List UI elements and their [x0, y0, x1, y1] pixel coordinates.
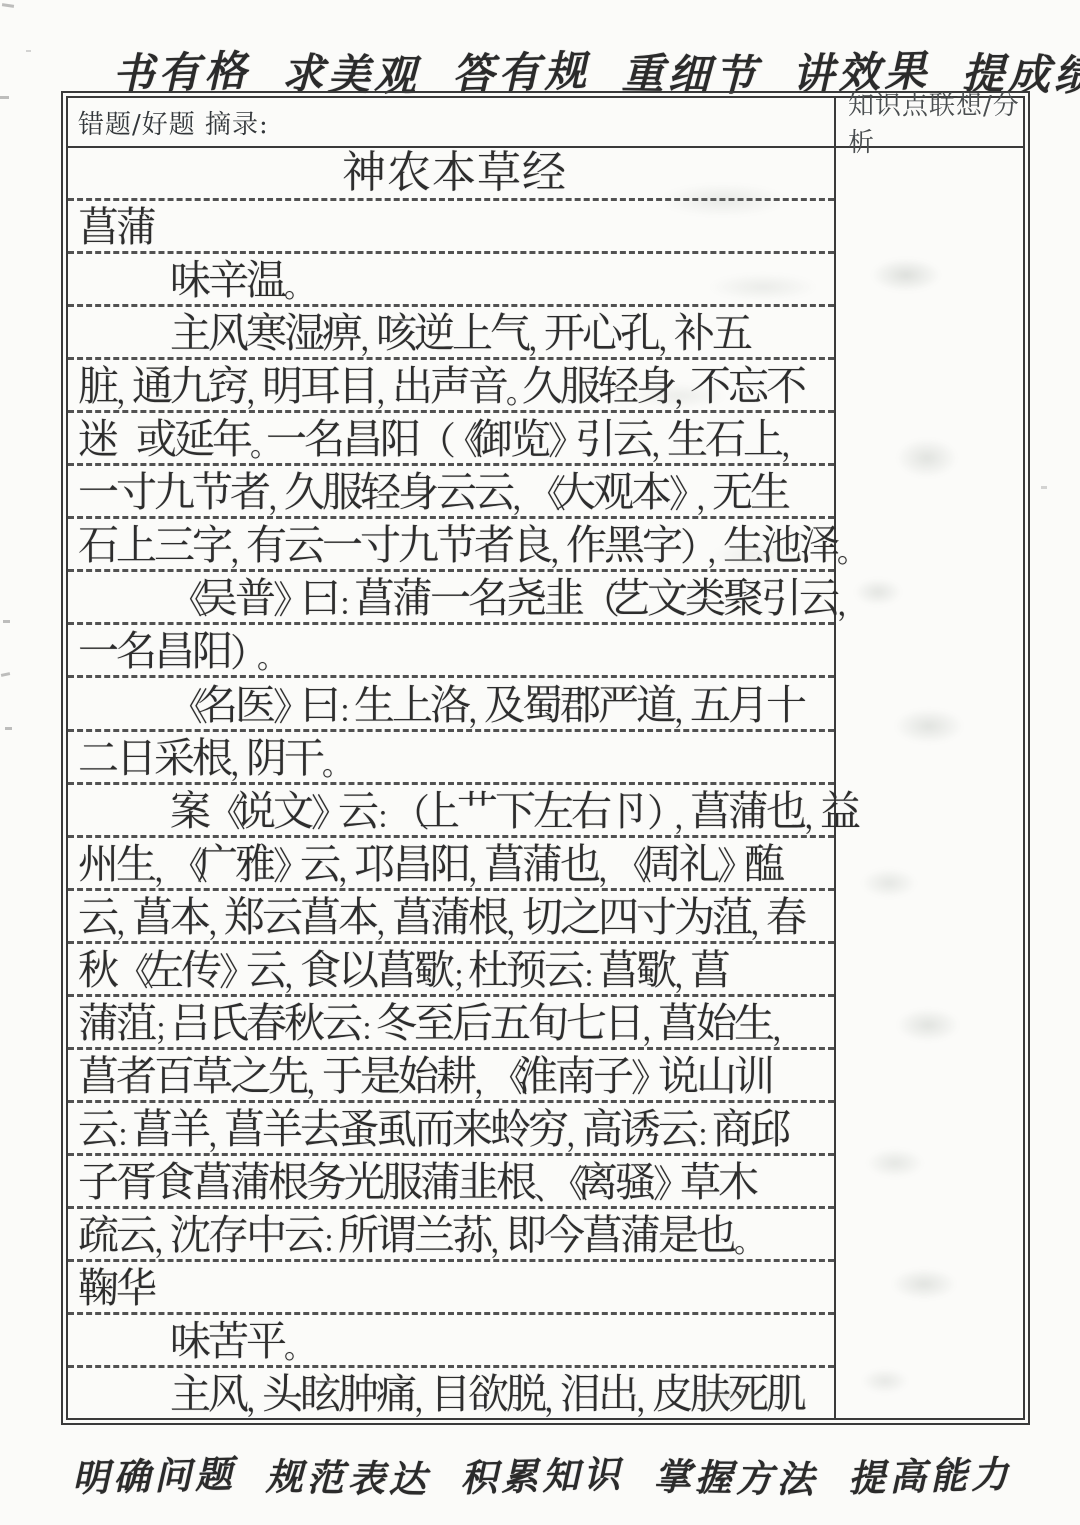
motto-item: 积累知识: [459, 1444, 624, 1503]
scan-artifact: [5, 727, 12, 730]
motto-item: 提高能力: [847, 1444, 1012, 1503]
bleed-through-smudge: [861, 1368, 909, 1394]
handwritten-line: 神农本草经: [68, 148, 834, 201]
handwritten-line: 主风寒湿痹，咳逆上气，开心孔，补五: [68, 307, 834, 360]
bleed-through-smudge: [894, 708, 964, 744]
handwritten-line: 二日采根，阴干。: [68, 732, 834, 785]
motto-item: 掌握方法: [653, 1446, 818, 1503]
bleed-through-smudge: [891, 1268, 957, 1300]
handwritten-line: 味苦平。: [68, 1315, 834, 1368]
handwritten-line: 迷 或延年。一名昌阳（《御览》引云，生石上，: [68, 413, 834, 466]
excerpt-column: 神农本草经菖蒲味辛温。主风寒湿痹，咳逆上气，开心孔，补五脏，通九窍，明耳目，出声…: [68, 148, 836, 1418]
handwritten-line: 《名医》曰：生上洛，及蜀郡严道，五月十: [68, 678, 834, 731]
handwritten-line: 子胥食菖蒲根务光服蒲韭根、《离骚》草木: [68, 1156, 834, 1209]
scan-artifact: [26, 50, 31, 52]
bleed-through-smudge: [866, 1148, 924, 1178]
handwritten-line: 疏云，沈存中云：所谓兰荪，即今菖蒲是也。: [68, 1209, 834, 1262]
scan-artifact: [0, 96, 9, 99]
motto-item: 明确问题: [71, 1444, 236, 1503]
left-column-header: 错题/好题 摘录:: [68, 98, 836, 148]
bleed-through-smudge: [896, 1008, 960, 1042]
handwritten-line: 一名昌阳）。: [68, 625, 834, 678]
bleed-through-smudge: [854, 578, 902, 606]
notebook-scan-page: { "colors": { "ink": "#2d2d2d", "rule_li…: [0, 0, 1080, 1525]
handwritten-line: 味辛温。: [68, 254, 834, 307]
handwritten-line: 脏，通九窍，明耳目，出声音。久服轻身，不忘不: [68, 360, 834, 413]
handwritten-line: 秋《左传》云，食以菖歜；杜预云：菖歜，菖: [68, 944, 834, 997]
scan-artifact: [1, 672, 10, 677]
excerpt-sheet: 错题/好题 摘录: 知识点联想/分析 神农本草经菖蒲味辛温。主风寒湿痹，咳逆上气…: [61, 91, 1030, 1425]
bleed-through-smudge: [896, 438, 958, 478]
handwritten-line: 石上三字，有云一寸九节者良，作黑字），生池泽。: [68, 519, 834, 572]
handwritten-line: 菖者百草之先，于是始耕，《淮南子》说山训: [68, 1050, 834, 1103]
handwritten-line: 蒲菹；吕氏春秋云：冬至后五旬七日，菖始生，: [68, 997, 834, 1050]
handwritten-line: 州生，《广雅》云，邛昌阳，菖蒲也，《周礼》醢: [68, 838, 834, 891]
right-column-header: 知识点联想/分析: [836, 98, 1023, 148]
handwritten-line: 《吴普》曰：菖蒲一名尧韭（艺文类聚引云，: [68, 572, 834, 625]
analysis-column: [836, 148, 1023, 1418]
motto-item: 规范表达: [265, 1446, 430, 1503]
handwritten-line: 云，菖本，郑云菖本，菖蒲根，切之四寸为菹，春: [68, 891, 834, 944]
handwritten-line: 云：菖羊，菖羊去蚤虱而来蛉穷，高诱云：商邱: [68, 1103, 834, 1156]
bottom-motto: 明确问题规范表达积累知识掌握方法提高能力: [72, 1446, 1012, 1500]
scan-artifact: [1041, 486, 1047, 489]
handwritten-line: 主风，头眩肿痛，目欲脱，泪出，皮肤死肌: [68, 1368, 834, 1418]
handwritten-line: 案《说文》云：（上艹下左右卪），菖蒲也，益: [68, 785, 834, 838]
handwritten-line: 一寸九节者，久服轻身云云，《大观本》，无生: [68, 466, 834, 519]
scan-artifact: [2, 3, 14, 8]
bleed-through-smudge: [871, 258, 941, 292]
handwritten-line: 菖蒲: [68, 201, 834, 254]
bleed-through-smudge: [861, 868, 917, 898]
handwritten-line: 鞠华: [68, 1262, 834, 1315]
scan-artifact: [3, 620, 10, 623]
